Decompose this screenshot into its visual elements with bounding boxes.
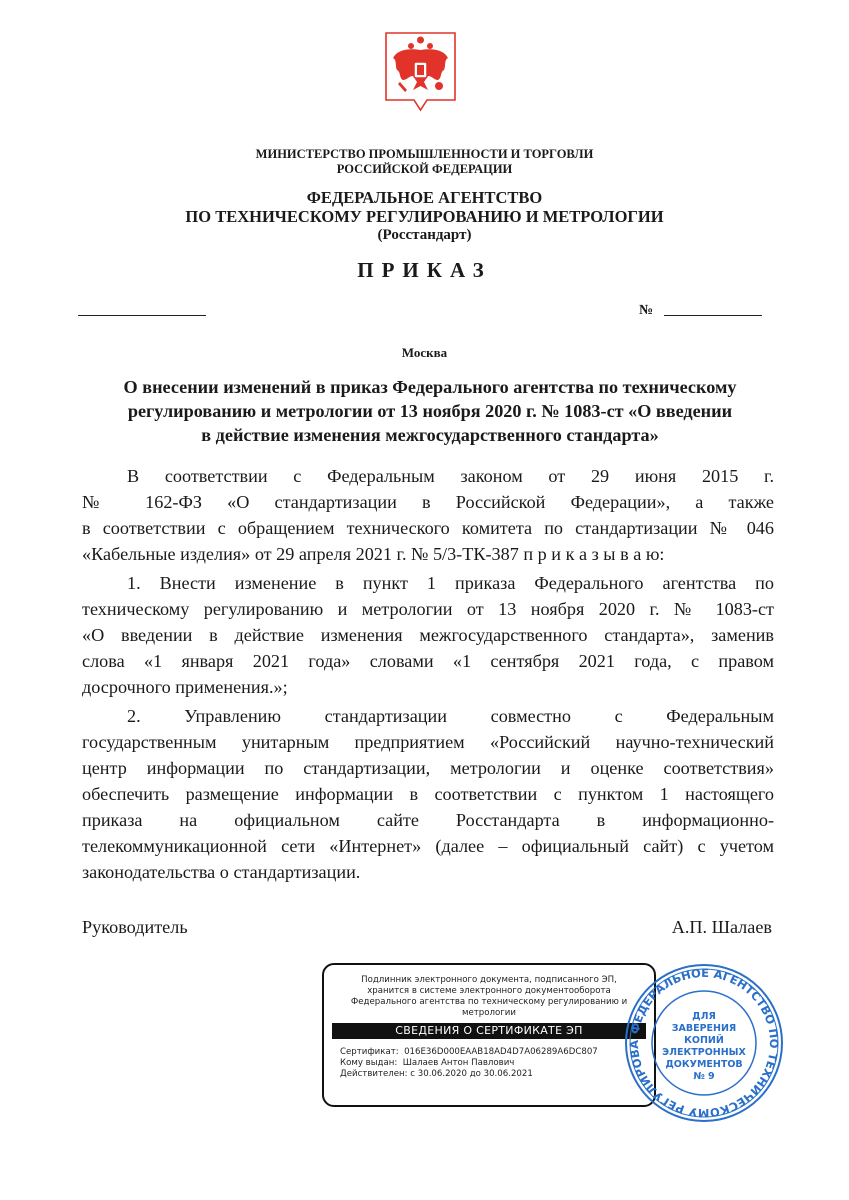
svg-text:ЗАВЕРЕНИЯ: ЗАВЕРЕНИЯ xyxy=(672,1023,737,1034)
validity-label: Действителен: xyxy=(340,1069,408,1080)
certificate-notice: Подлинник электронного документа, подпис… xyxy=(324,975,654,1019)
ministry-line-2: РОССИЙСКОЙ ФЕДЕРАЦИИ xyxy=(0,162,849,177)
svg-text:№ 9: № 9 xyxy=(693,1071,714,1082)
svg-text:КОПИЙ: КОПИЙ xyxy=(684,1034,724,1046)
issued-to-label: Кому выдан: xyxy=(340,1058,397,1069)
certificate-id-value: 016E36D000EAAB18AD4D7A06289A6DC807 xyxy=(404,1047,598,1057)
paragraph-line: «Кабельные изделия» от 29 апреля 2021 г.… xyxy=(82,541,774,567)
paragraph-line: центр информации по стандартизации, метр… xyxy=(82,755,774,781)
issued-to-value: Шалаев Антон Павлович xyxy=(403,1058,515,1068)
signatory-position: Руководитель xyxy=(82,917,188,938)
order-item-1: 1. Внести изменение в пункт 1 приказа Фе… xyxy=(82,570,774,700)
paragraph-line: телекоммуникационной сети «Интернет» (да… xyxy=(82,833,774,859)
coat-of-arms-emblem xyxy=(383,30,458,116)
number-sign: № xyxy=(639,303,653,319)
paragraph-line: слова «1 января 2021 года» словами «1 се… xyxy=(82,648,774,674)
svg-text:ДОКУМЕНТОВ: ДОКУМЕНТОВ xyxy=(665,1059,742,1070)
svg-text:ЭЛЕКТРОННЫХ: ЭЛЕКТРОННЫХ xyxy=(662,1047,746,1058)
paragraph-line: техническому регулированию и метрологии … xyxy=(82,596,774,622)
validity-row: Действителен: с 30.06.2020 до 30.06.2021 xyxy=(340,1069,654,1080)
paragraph-line: государственным унитарным предприятием «… xyxy=(82,729,774,755)
paragraph-line: «О введении в действие изменения межгосу… xyxy=(82,622,774,648)
city-name: Москва xyxy=(0,345,849,361)
issued-to-row: Кому выдан: Шалаев Антон Павлович xyxy=(340,1058,654,1069)
document-type-title: ПРИКАЗ xyxy=(0,258,849,283)
preamble-paragraph: В соответствии с Федеральным законом от … xyxy=(82,463,774,567)
agency-line-2: ПО ТЕХНИЧЕСКОМУ РЕГУЛИРОВАНИЮ И МЕТРОЛОГ… xyxy=(0,207,849,226)
electronic-signature-certificate-box: Подлинник электронного документа, подпис… xyxy=(322,963,656,1107)
paragraph-line: в соответствии с обращением технического… xyxy=(82,515,774,541)
subject-line: О внесении изменений в приказ Федерально… xyxy=(85,375,775,399)
certificate-details: Сертификат: 016E36D000EAAB18AD4D7A06289A… xyxy=(340,1047,654,1080)
ministry-name: МИНИСТЕРСТВО ПРОМЫШЛЕННОСТИ И ТОРГОВЛИ Р… xyxy=(0,147,849,177)
agency-name: ФЕДЕРАЛЬНОЕ АГЕНТСТВО ПО ТЕХНИЧЕСКОМУ РЕ… xyxy=(0,188,849,245)
round-seal-icon: ФЕДЕРАЛЬНОЕ АГЕНТСТВО ПО ТЕХНИЧЕСКОМУ РЕ… xyxy=(622,963,787,1123)
paragraph-line: обеспечить размещение информации в соотв… xyxy=(82,781,774,807)
paragraph-line: досрочного применения.»; xyxy=(82,674,774,700)
signatory-name: А.П. Шалаев xyxy=(672,917,772,938)
double-headed-eagle-icon xyxy=(383,30,458,116)
agency-short-name: (Росстандарт) xyxy=(0,226,849,245)
certificate-banner: СВЕДЕНИЯ О СЕРТИФИКАТЕ ЭП xyxy=(332,1023,646,1039)
subject-line: регулированию и метрологии от 13 ноября … xyxy=(85,399,775,423)
agency-line-1: ФЕДЕРАЛЬНОЕ АГЕНТСТВО xyxy=(0,188,849,207)
paragraph-line: приказа на официальном сайте Росстандарт… xyxy=(82,807,774,833)
paragraph-line: законодательства о стандартизации. xyxy=(82,859,774,885)
notice-line: метрологии xyxy=(334,1008,644,1019)
paragraph-line: В соответствии с Федеральным законом от … xyxy=(82,463,774,489)
paragraph-line: 1. Внести изменение в пункт 1 приказа Фе… xyxy=(82,570,774,596)
notice-line: Подлинник электронного документа, подпис… xyxy=(334,975,644,986)
number-blank-line xyxy=(664,315,762,316)
notice-line: хранится в системе электронного документ… xyxy=(334,986,644,997)
validity-value: с 30.06.2020 до 30.06.2021 xyxy=(410,1069,533,1079)
svg-text:ДЛЯ: ДЛЯ xyxy=(692,1011,716,1022)
certificate-id-row: Сертификат: 016E36D000EAAB18AD4D7A06289A… xyxy=(340,1047,654,1058)
date-blank-line xyxy=(78,315,206,316)
official-blue-stamp: ФЕДЕРАЛЬНОЕ АГЕНТСТВО ПО ТЕХНИЧЕСКОМУ РЕ… xyxy=(622,963,787,1123)
ministry-line-1: МИНИСТЕРСТВО ПРОМЫШЛЕННОСТИ И ТОРГОВЛИ xyxy=(0,147,849,162)
certificate-id-label: Сертификат: xyxy=(340,1047,399,1058)
order-item-2: 2. Управлению стандартизации совместно с… xyxy=(82,703,774,885)
order-subject: О внесении изменений в приказ Федерально… xyxy=(85,375,775,447)
notice-line: Федерального агентства по техническому р… xyxy=(334,997,644,1008)
paragraph-line: 2. Управлению стандартизации совместно с… xyxy=(82,703,774,729)
subject-line: в действие изменения межгосударственного… xyxy=(85,423,775,447)
paragraph-line: № 162-ФЗ «О стандартизации в Российской … xyxy=(82,489,774,515)
